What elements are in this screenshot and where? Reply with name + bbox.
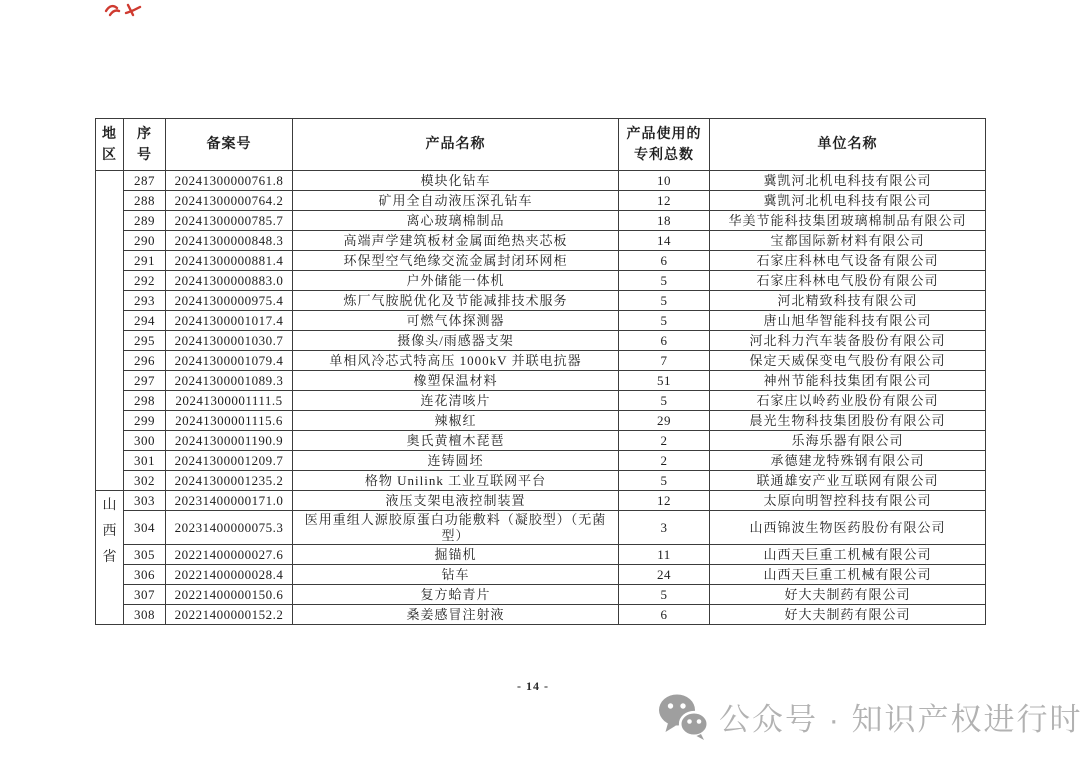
header-serial: 序号 [124, 119, 166, 171]
table-row: 30120241300001209.7连铸圆坯2承德建龙特殊钢有限公司 [96, 451, 986, 471]
cell-product: 橡塑保温材料 [293, 371, 619, 391]
cell-product: 奥氏黄檀木琵琶 [293, 431, 619, 451]
table-row: 29720241300001089.3橡塑保温材料51神州节能科技集团有限公司 [96, 371, 986, 391]
cell-company: 宝都国际新材料有限公司 [710, 231, 986, 251]
cell-registration: 20241300001190.9 [166, 431, 293, 451]
cell-company: 冀凯河北机电科技有限公司 [710, 171, 986, 191]
cell-serial: 291 [124, 251, 166, 271]
table-row: 29820241300001111.5连花清咳片5石家庄以岭药业股份有限公司 [96, 391, 986, 411]
cell-product: 高端声学建筑板材金属面绝热夹芯板 [293, 231, 619, 251]
cell-patents: 5 [619, 311, 710, 331]
table-row: 山西省30320231400000171.0液压支架电液控制装置12太原向明智控… [96, 491, 986, 511]
cell-serial: 307 [124, 585, 166, 605]
red-text-fragment [103, 2, 143, 23]
cell-product: 液压支架电液控制装置 [293, 491, 619, 511]
red-fragment-icon [103, 2, 143, 18]
cell-serial: 297 [124, 371, 166, 391]
cell-product: 辣椒红 [293, 411, 619, 431]
cell-registration: 20241300000761.8 [166, 171, 293, 191]
cell-patents: 11 [619, 545, 710, 565]
cell-serial: 304 [124, 511, 166, 545]
table-header: 地区 序号 备案号 产品名称 产品使用的专利总数 单位名称 [96, 119, 986, 171]
table-row: 30020241300001190.9奥氏黄檀木琵琶2乐海乐器有限公司 [96, 431, 986, 451]
cell-company: 石家庄科林电气设备有限公司 [710, 251, 986, 271]
table-row: 29020241300000848.3高端声学建筑板材金属面绝热夹芯板14宝都国… [96, 231, 986, 251]
cell-patents: 29 [619, 411, 710, 431]
cell-company: 承德建龙特殊钢有限公司 [710, 451, 986, 471]
cell-patents: 7 [619, 351, 710, 371]
cell-serial: 306 [124, 565, 166, 585]
cell-patents: 6 [619, 331, 710, 351]
table-row: 28820241300000764.2矿用全自动液压深孔钻车12冀凯河北机电科技… [96, 191, 986, 211]
cell-product: 离心玻璃棉制品 [293, 211, 619, 231]
cell-registration: 20241300001235.2 [166, 471, 293, 491]
cell-company: 晨光生物科技集团股份有限公司 [710, 411, 986, 431]
cell-registration: 20241300001115.6 [166, 411, 293, 431]
cell-product: 户外储能一体机 [293, 271, 619, 291]
cell-patents: 10 [619, 171, 710, 191]
cell-company: 河北精致科技有限公司 [710, 291, 986, 311]
cell-registration: 20221400000152.2 [166, 605, 293, 625]
cell-serial: 303 [124, 491, 166, 511]
cell-company: 保定天威保变电气股份有限公司 [710, 351, 986, 371]
cell-patents: 6 [619, 251, 710, 271]
table-row: 29520241300001030.7摄像头/雨感器支架6河北科力汽车装备股份有… [96, 331, 986, 351]
table-row: 28720241300000761.8模块化钻车10冀凯河北机电科技有限公司 [96, 171, 986, 191]
cell-registration: 20241300001089.3 [166, 371, 293, 391]
cell-company: 太原向明智控科技有限公司 [710, 491, 986, 511]
cell-company: 河北科力汽车装备股份有限公司 [710, 331, 986, 351]
table-row: 29420241300001017.4可燃气体探测器5唐山旭华智能科技有限公司 [96, 311, 986, 331]
header-company: 单位名称 [710, 119, 986, 171]
table-row: 28920241300000785.7离心玻璃棉制品18华美节能科技集团玻璃棉制… [96, 211, 986, 231]
cell-product: 格物 Unilink 工业互联网平台 [293, 471, 619, 491]
cell-registration: 20241300000785.7 [166, 211, 293, 231]
cell-product: 单相风冷芯式特高压 1000kV 并联电抗器 [293, 351, 619, 371]
cell-serial: 308 [124, 605, 166, 625]
cell-product: 模块化钻车 [293, 171, 619, 191]
table-row: 30820221400000152.2桑姜感冒注射液6好大夫制药有限公司 [96, 605, 986, 625]
cell-serial: 288 [124, 191, 166, 211]
cell-product: 复方蛤青片 [293, 585, 619, 605]
cell-company: 唐山旭华智能科技有限公司 [710, 311, 986, 331]
header-registration: 备案号 [166, 119, 293, 171]
cell-registration: 20241300001079.4 [166, 351, 293, 371]
cell-patents: 5 [619, 585, 710, 605]
registration-table-container: 地区 序号 备案号 产品名称 产品使用的专利总数 单位名称 2872024130… [95, 118, 986, 625]
cell-serial: 298 [124, 391, 166, 411]
wechat-icon [658, 692, 708, 740]
cell-registration: 20221400000150.6 [166, 585, 293, 605]
cell-registration: 20241300001030.7 [166, 331, 293, 351]
cell-patents: 6 [619, 605, 710, 625]
header-region: 地区 [96, 119, 124, 171]
cell-company: 华美节能科技集团玻璃棉制品有限公司 [710, 211, 986, 231]
cell-patents: 12 [619, 191, 710, 211]
cell-patents: 24 [619, 565, 710, 585]
watermark-text: 公众号 · 知识产权进行时 [719, 694, 1080, 739]
cell-company: 山西天巨重工机械有限公司 [710, 565, 986, 585]
table-header-row: 地区 序号 备案号 产品名称 产品使用的专利总数 单位名称 [96, 119, 986, 171]
cell-serial: 305 [124, 545, 166, 565]
cell-company: 冀凯河北机电科技有限公司 [710, 191, 986, 211]
region-label: 山西省 [102, 493, 117, 571]
cell-serial: 295 [124, 331, 166, 351]
cell-patents: 5 [619, 391, 710, 411]
cell-serial: 293 [124, 291, 166, 311]
cell-registration: 20241300000764.2 [166, 191, 293, 211]
cell-patents: 14 [619, 231, 710, 251]
cell-company: 联通雄安产业互联网有限公司 [710, 471, 986, 491]
cell-registration: 20221400000028.4 [166, 565, 293, 585]
cell-registration: 20241300001017.4 [166, 311, 293, 331]
table-row: 30720221400000150.6复方蛤青片5好大夫制药有限公司 [96, 585, 986, 605]
cell-registration: 20241300000881.4 [166, 251, 293, 271]
cell-product: 桑姜感冒注射液 [293, 605, 619, 625]
cell-product: 连铸圆坯 [293, 451, 619, 471]
cell-product: 掘锚机 [293, 545, 619, 565]
cell-registration: 20241300000883.0 [166, 271, 293, 291]
cell-registration: 20241300000975.4 [166, 291, 293, 311]
cell-registration: 20241300001209.7 [166, 451, 293, 471]
table-row: 30420231400000075.3医用重组人源胶原蛋白功能敷料（凝胶型）（无… [96, 511, 986, 545]
table-row: 30220241300001235.2格物 Unilink 工业互联网平台5联通… [96, 471, 986, 491]
header-product: 产品名称 [293, 119, 619, 171]
cell-serial: 299 [124, 411, 166, 431]
cell-patents: 5 [619, 291, 710, 311]
cell-patents: 5 [619, 271, 710, 291]
cell-company: 山西锦波生物医药股份有限公司 [710, 511, 986, 545]
table-row: 30520221400000027.6掘锚机11山西天巨重工机械有限公司 [96, 545, 986, 565]
table-row: 29920241300001115.6辣椒红29晨光生物科技集团股份有限公司 [96, 411, 986, 431]
table-row: 29220241300000883.0户外储能一体机5石家庄科林电气股份有限公司 [96, 271, 986, 291]
region-cell [96, 171, 124, 491]
watermark: 公众号 · 知识产权进行时 [658, 692, 1080, 740]
cell-registration: 20241300001111.5 [166, 391, 293, 411]
cell-company: 好大夫制药有限公司 [710, 585, 986, 605]
cell-serial: 287 [124, 171, 166, 191]
cell-company: 山西天巨重工机械有限公司 [710, 545, 986, 565]
cell-product: 摄像头/雨感器支架 [293, 331, 619, 351]
cell-product: 可燃气体探测器 [293, 311, 619, 331]
cell-registration: 20231400000171.0 [166, 491, 293, 511]
cell-product: 钻车 [293, 565, 619, 585]
cell-product: 连花清咳片 [293, 391, 619, 411]
table-row: 29620241300001079.4单相风冷芯式特高压 1000kV 并联电抗… [96, 351, 986, 371]
table-row: 29120241300000881.4环保型空气绝缘交流金属封闭环网柜6石家庄科… [96, 251, 986, 271]
page-number: - 14 - [498, 679, 568, 694]
cell-serial: 300 [124, 431, 166, 451]
cell-serial: 292 [124, 271, 166, 291]
cell-company: 石家庄科林电气股份有限公司 [710, 271, 986, 291]
cell-product: 医用重组人源胶原蛋白功能敷料（凝胶型）（无菌 型） [293, 511, 619, 545]
cell-registration: 20221400000027.6 [166, 545, 293, 565]
cell-patents: 18 [619, 211, 710, 231]
cell-serial: 290 [124, 231, 166, 251]
cell-product: 矿用全自动液压深孔钻车 [293, 191, 619, 211]
cell-patents: 2 [619, 451, 710, 471]
cell-patents: 12 [619, 491, 710, 511]
cell-serial: 289 [124, 211, 166, 231]
cell-serial: 302 [124, 471, 166, 491]
cell-product: 环保型空气绝缘交流金属封闭环网柜 [293, 251, 619, 271]
table-row: 29320241300000975.4炼厂气胺脱优化及节能减排技术服务5河北精致… [96, 291, 986, 311]
cell-registration: 20241300000848.3 [166, 231, 293, 251]
cell-company: 神州节能科技集团有限公司 [710, 371, 986, 391]
cell-company: 好大夫制药有限公司 [710, 605, 986, 625]
cell-company: 石家庄以岭药业股份有限公司 [710, 391, 986, 411]
registration-table: 地区 序号 备案号 产品名称 产品使用的专利总数 单位名称 2872024130… [95, 118, 986, 625]
region-cell: 山西省 [96, 491, 124, 625]
cell-serial: 296 [124, 351, 166, 371]
cell-patents: 3 [619, 511, 710, 545]
cell-registration: 20231400000075.3 [166, 511, 293, 545]
header-patents: 产品使用的专利总数 [619, 119, 710, 171]
cell-patents: 5 [619, 471, 710, 491]
cell-patents: 2 [619, 431, 710, 451]
table-row: 30620221400000028.4钻车24山西天巨重工机械有限公司 [96, 565, 986, 585]
cell-product: 炼厂气胺脱优化及节能减排技术服务 [293, 291, 619, 311]
cell-patents: 51 [619, 371, 710, 391]
cell-company: 乐海乐器有限公司 [710, 431, 986, 451]
cell-serial: 301 [124, 451, 166, 471]
cell-serial: 294 [124, 311, 166, 331]
table-body: 28720241300000761.8模块化钻车10冀凯河北机电科技有限公司28… [96, 171, 986, 625]
